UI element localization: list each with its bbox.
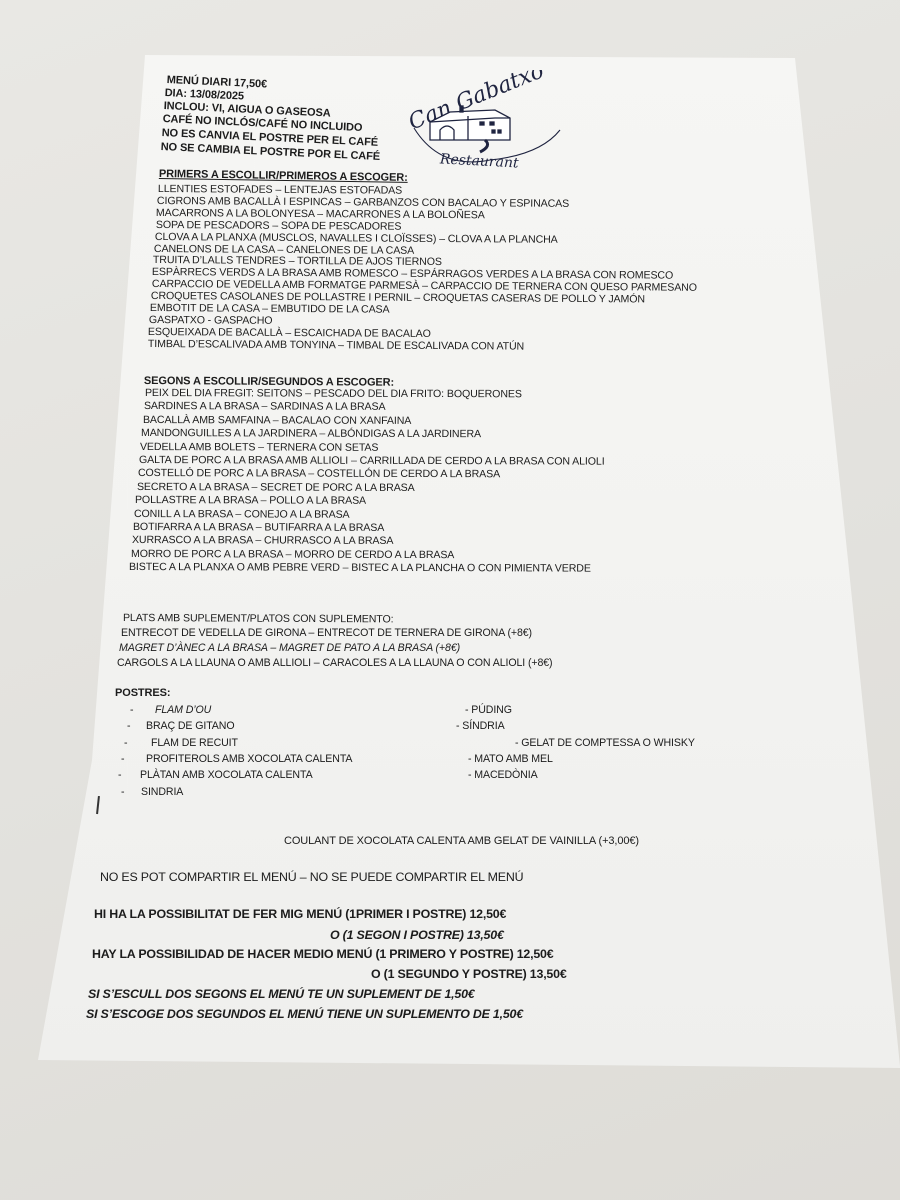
bullet-dash: -	[124, 737, 127, 749]
dessert-item: - SÍNDRIA	[456, 720, 505, 732]
supplement-note-es: SI S’ESCOGE DOS SEGUNDOS EL MENÚ TIENE U…	[86, 1007, 523, 1021]
menu-item: SARDINES A LA BRASA – SARDINAS A LA BRAS…	[144, 400, 385, 413]
bullet-dash: -	[121, 786, 124, 798]
half-menu-es-2: O (1 SEGUNDO Y POSTRE) 13,50€	[371, 967, 567, 981]
dessert-item: - MATO AMB MEL	[468, 753, 553, 765]
dessert-item: - MACEDÒNIA	[468, 769, 538, 781]
suplement-item: CARGOLS A LA LLAUNA O AMB ALLIOLI – CARA…	[117, 657, 553, 669]
menu-item: BOTIFARRA A LA BRASA – BUTIFARRA A LA BR…	[133, 521, 384, 534]
suplement-item: ENTRECOT DE VEDELLA DE GIRONA – ENTRECOT…	[121, 627, 532, 639]
menu-item: GALTA DE PORC A LA BRASA AMB ALLIOLI – C…	[139, 454, 605, 468]
dessert-item: FLAM D’OU	[155, 704, 211, 716]
menu-item: TIMBAL D’ESCALIVADA AMB TONYINA – TIMBAL…	[148, 338, 524, 353]
dessert-item: PROFITEROLS AMB XOCOLATA CALENTA	[146, 753, 352, 765]
menu-item: COSTELLÓ DE PORC A LA BRASA – COSTELLÓN …	[138, 467, 500, 480]
suplement-item: MAGRET D’ÀNEC A LA BRASA – MAGRET DE PAT…	[119, 642, 460, 654]
menu-item: BACALLÀ AMB SAMFAINA – BACALAO CON XANFA…	[143, 414, 411, 427]
menu-item: SECRETO A LA BRASA – SECRET DE PORC A LA…	[137, 481, 415, 494]
menu-item: XURRASCO A LA BRASA – CHURRASCO A LA BRA…	[132, 534, 393, 547]
dessert-item: - PÚDING	[465, 704, 512, 716]
bullet-dash: -	[130, 704, 133, 716]
dessert-item: FLAM DE RECUIT	[151, 737, 238, 749]
menu-item: BISTEC A LA PLANXA O AMB PEBRE VERD – BI…	[129, 561, 591, 575]
bullet-dash: -	[118, 769, 121, 781]
menu-item: MORRO DE PORC A LA BRASA – MORRO DE CERD…	[131, 548, 454, 561]
restaurant-logo: Can Gabatxó Restaurant	[400, 70, 580, 170]
half-menu-es-1: HAY LA POSSIBILIDAD DE HACER MEDIO MENÚ …	[92, 947, 553, 961]
no-share-note: NO ES POT COMPARTIR EL MENÚ – NO SE PUED…	[100, 870, 523, 884]
suplement-title: PLATS AMB SUPLEMENT/PLATOS CON SUPLEMENT…	[123, 612, 394, 625]
menu-item: POLLASTRE A LA BRASA – POLLO A LA BRASA	[135, 494, 366, 507]
menu-item: PEIX DEL DIA FREGIT: SEITONS – PESCADO D…	[145, 387, 522, 400]
bullet-dash: -	[127, 720, 130, 732]
special-dessert: COULANT DE XOCOLATA CALENTA AMB GELAT DE…	[284, 835, 639, 847]
logo-restaurant-text: Restaurant	[439, 151, 520, 170]
dessert-item: PLÀTAN AMB XOCOLATA CALENTA	[140, 769, 313, 781]
dessert-item: BRAÇ DE GITANO	[146, 720, 234, 732]
half-menu-ca-1: HI HA LA POSSIBILITAT DE FER MIG MENÚ (1…	[94, 907, 506, 921]
dessert-item: SINDRIA	[141, 786, 183, 798]
menu-item: CONILL A LA BRASA – CONEJO A LA BRASA	[134, 508, 350, 521]
menu-item: VEDELLA AMB BOLETS – TERNERA CON SETAS	[140, 441, 378, 454]
postres-title: POSTRES:	[115, 687, 170, 699]
menu-item: GASPATXO - GASPACHO	[149, 314, 273, 327]
bullet-dash: -	[121, 753, 124, 765]
dessert-item: - GELAT DE COMPTESSA O WHISKY	[515, 737, 695, 749]
half-menu-ca-2: O (1 SEGON I POSTRE) 13,50€	[330, 928, 504, 942]
supplement-note-ca: SI S’ESCULL DOS SEGONS EL MENÚ TE UN SUP…	[88, 987, 475, 1001]
menu-item: MANDONGUILLES A LA JARDINERA – ALBÓNDIGA…	[141, 427, 481, 440]
